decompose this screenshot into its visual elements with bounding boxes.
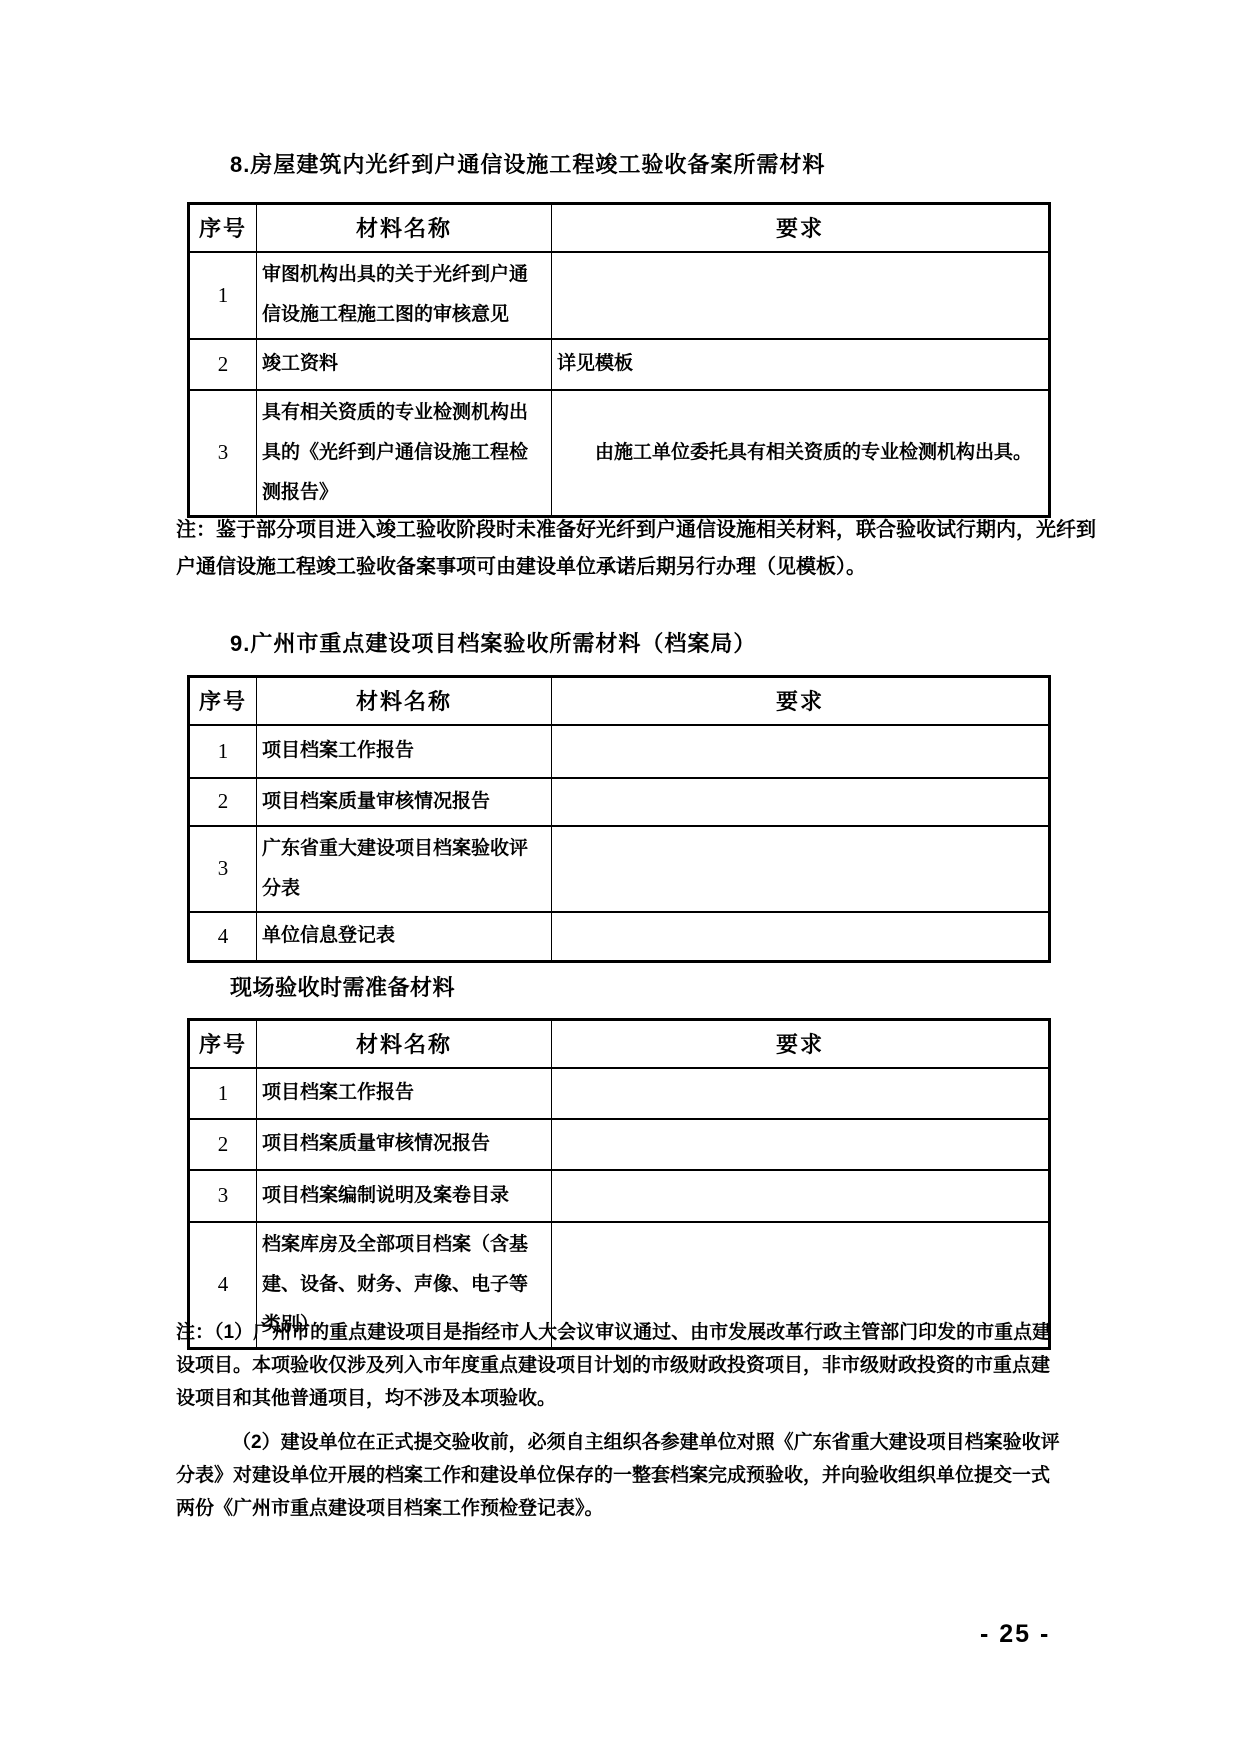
table-row: 2 竣工资料 详见模板 <box>189 339 1050 390</box>
table-row: 3 广东省重大建设项目档案验收评分表 <box>189 826 1050 912</box>
table-header-row: 序号 材料名称 要求 <box>189 677 1050 725</box>
material-name-cell: 广东省重大建设项目档案验收评分表 <box>257 826 552 912</box>
table-site-acceptance-materials: 序号 材料名称 要求 1 项目档案工作报告 2 项目档案质量审核情况报告 3 项… <box>187 1018 1051 1350</box>
material-name-cell: 单位信息登记表 <box>257 912 552 962</box>
site-acceptance-subheading: 现场验收时需准备材料 <box>230 971 455 1002</box>
material-name-cell: 具有相关资质的专业检测机构出具的《光纤到户通信设施工程检测报告》 <box>257 390 552 517</box>
requirement-cell <box>552 1170 1050 1222</box>
col-header-name: 材料名称 <box>257 1020 552 1068</box>
row-number-cell: 3 <box>189 1170 257 1222</box>
row-number-cell: 3 <box>189 390 257 517</box>
note-line: 分表》对建设单位开展的档案工作和建设单位保存的一整套档案完成预验收，并向验收组织… <box>176 1459 1136 1492</box>
note-line: 户通信设施工程竣工验收备案事项可由建设单位承诺后期另行办理（见模板）。 <box>176 549 1106 586</box>
col-header-no: 序号 <box>189 204 257 252</box>
requirement-cell <box>552 1068 1050 1119</box>
table-archive-acceptance-materials: 序号 材料名称 要求 1 项目档案工作报告 2 项目档案质量审核情况报告 3 广… <box>187 675 1051 963</box>
note-line: 注：鉴于部分项目进入竣工验收阶段时未准备好光纤到户通信设施相关材料，联合验收试行… <box>176 512 1106 549</box>
col-header-no: 序号 <box>189 677 257 725</box>
table-row: 2 项目档案质量审核情况报告 <box>189 778 1050 826</box>
requirement-cell <box>552 912 1050 962</box>
note-line: （2）建设单位在正式提交验收前，必须自主组织各参建单位对照《广东省重大建设项目档… <box>176 1426 1136 1459</box>
document-page: 8.房屋建筑内光纤到户通信设施工程竣工验收备案所需材料 序号 材料名称 要求 1… <box>0 0 1240 1754</box>
requirement-cell: 详见模板 <box>552 339 1050 390</box>
table-row: 3 项目档案编制说明及案卷目录 <box>189 1170 1050 1222</box>
note-line: 两份《广州市重点建设项目档案工作预检登记表》。 <box>176 1492 1136 1525</box>
row-number-cell: 2 <box>189 1119 257 1170</box>
table-row: 3 具有相关资质的专业检测机构出具的《光纤到户通信设施工程检测报告》 由施工单位… <box>189 390 1050 517</box>
section8-heading: 8.房屋建筑内光纤到户通信设施工程竣工验收备案所需材料 <box>230 148 825 179</box>
section9-note-1: 注：（1）广州市的重点建设项目是指经市人大会议审议通过、由市发展改革行政主管部门… <box>176 1316 1136 1415</box>
table-fiber-acceptance-materials: 序号 材料名称 要求 1 审图机构出具的关于光纤到户通信设施工程施工图的审核意见… <box>187 202 1051 518</box>
requirement-cell: 由施工单位委托具有相关资质的专业检测机构出具。 <box>552 390 1050 517</box>
material-name-cell: 项目档案工作报告 <box>257 1068 552 1119</box>
material-name-cell: 项目档案质量审核情况报告 <box>257 1119 552 1170</box>
material-name-cell: 项目档案质量审核情况报告 <box>257 778 552 826</box>
note-line: 设项目和其他普通项目，均不涉及本项验收。 <box>176 1382 1136 1415</box>
row-number-cell: 3 <box>189 826 257 912</box>
note-line: 注：（1）广州市的重点建设项目是指经市人大会议审议通过、由市发展改革行政主管部门… <box>176 1316 1136 1349</box>
requirement-cell <box>552 1119 1050 1170</box>
table-header-row: 序号 材料名称 要求 <box>189 204 1050 252</box>
requirement-cell <box>552 778 1050 826</box>
table-row: 1 审图机构出具的关于光纤到户通信设施工程施工图的审核意见 <box>189 252 1050 339</box>
page-number: - 25 - <box>980 1620 1050 1649</box>
requirement-cell <box>552 252 1050 339</box>
col-header-no: 序号 <box>189 1020 257 1068</box>
material-name-cell: 审图机构出具的关于光纤到户通信设施工程施工图的审核意见 <box>257 252 552 339</box>
requirement-cell <box>552 826 1050 912</box>
col-header-name: 材料名称 <box>257 677 552 725</box>
col-header-req: 要求 <box>552 1020 1050 1068</box>
material-name-cell: 项目档案工作报告 <box>257 725 552 778</box>
col-header-req: 要求 <box>552 204 1050 252</box>
col-header-name: 材料名称 <box>257 204 552 252</box>
section8-note: 注：鉴于部分项目进入竣工验收阶段时未准备好光纤到户通信设施相关材料，联合验收试行… <box>176 512 1106 586</box>
requirement-cell <box>552 725 1050 778</box>
note-line: 设项目。本项验收仅涉及列入市年度重点建设项目计划的市级财政投资项目，非市级财政投… <box>176 1349 1136 1382</box>
row-number-cell: 2 <box>189 778 257 826</box>
table-row: 1 项目档案工作报告 <box>189 725 1050 778</box>
material-name-cell: 竣工资料 <box>257 339 552 390</box>
row-number-cell: 1 <box>189 725 257 778</box>
section9-note-2: （2）建设单位在正式提交验收前，必须自主组织各参建单位对照《广东省重大建设项目档… <box>176 1426 1136 1525</box>
section9-heading: 9.广州市重点建设项目档案验收所需材料（档案局） <box>230 627 756 658</box>
material-name-cell: 项目档案编制说明及案卷目录 <box>257 1170 552 1222</box>
row-number-cell: 2 <box>189 339 257 390</box>
table-row: 1 项目档案工作报告 <box>189 1068 1050 1119</box>
col-header-req: 要求 <box>552 677 1050 725</box>
row-number-cell: 4 <box>189 912 257 962</box>
table-row: 4 单位信息登记表 <box>189 912 1050 962</box>
row-number-cell: 1 <box>189 1068 257 1119</box>
table-row: 2 项目档案质量审核情况报告 <box>189 1119 1050 1170</box>
row-number-cell: 1 <box>189 252 257 339</box>
table-header-row: 序号 材料名称 要求 <box>189 1020 1050 1068</box>
